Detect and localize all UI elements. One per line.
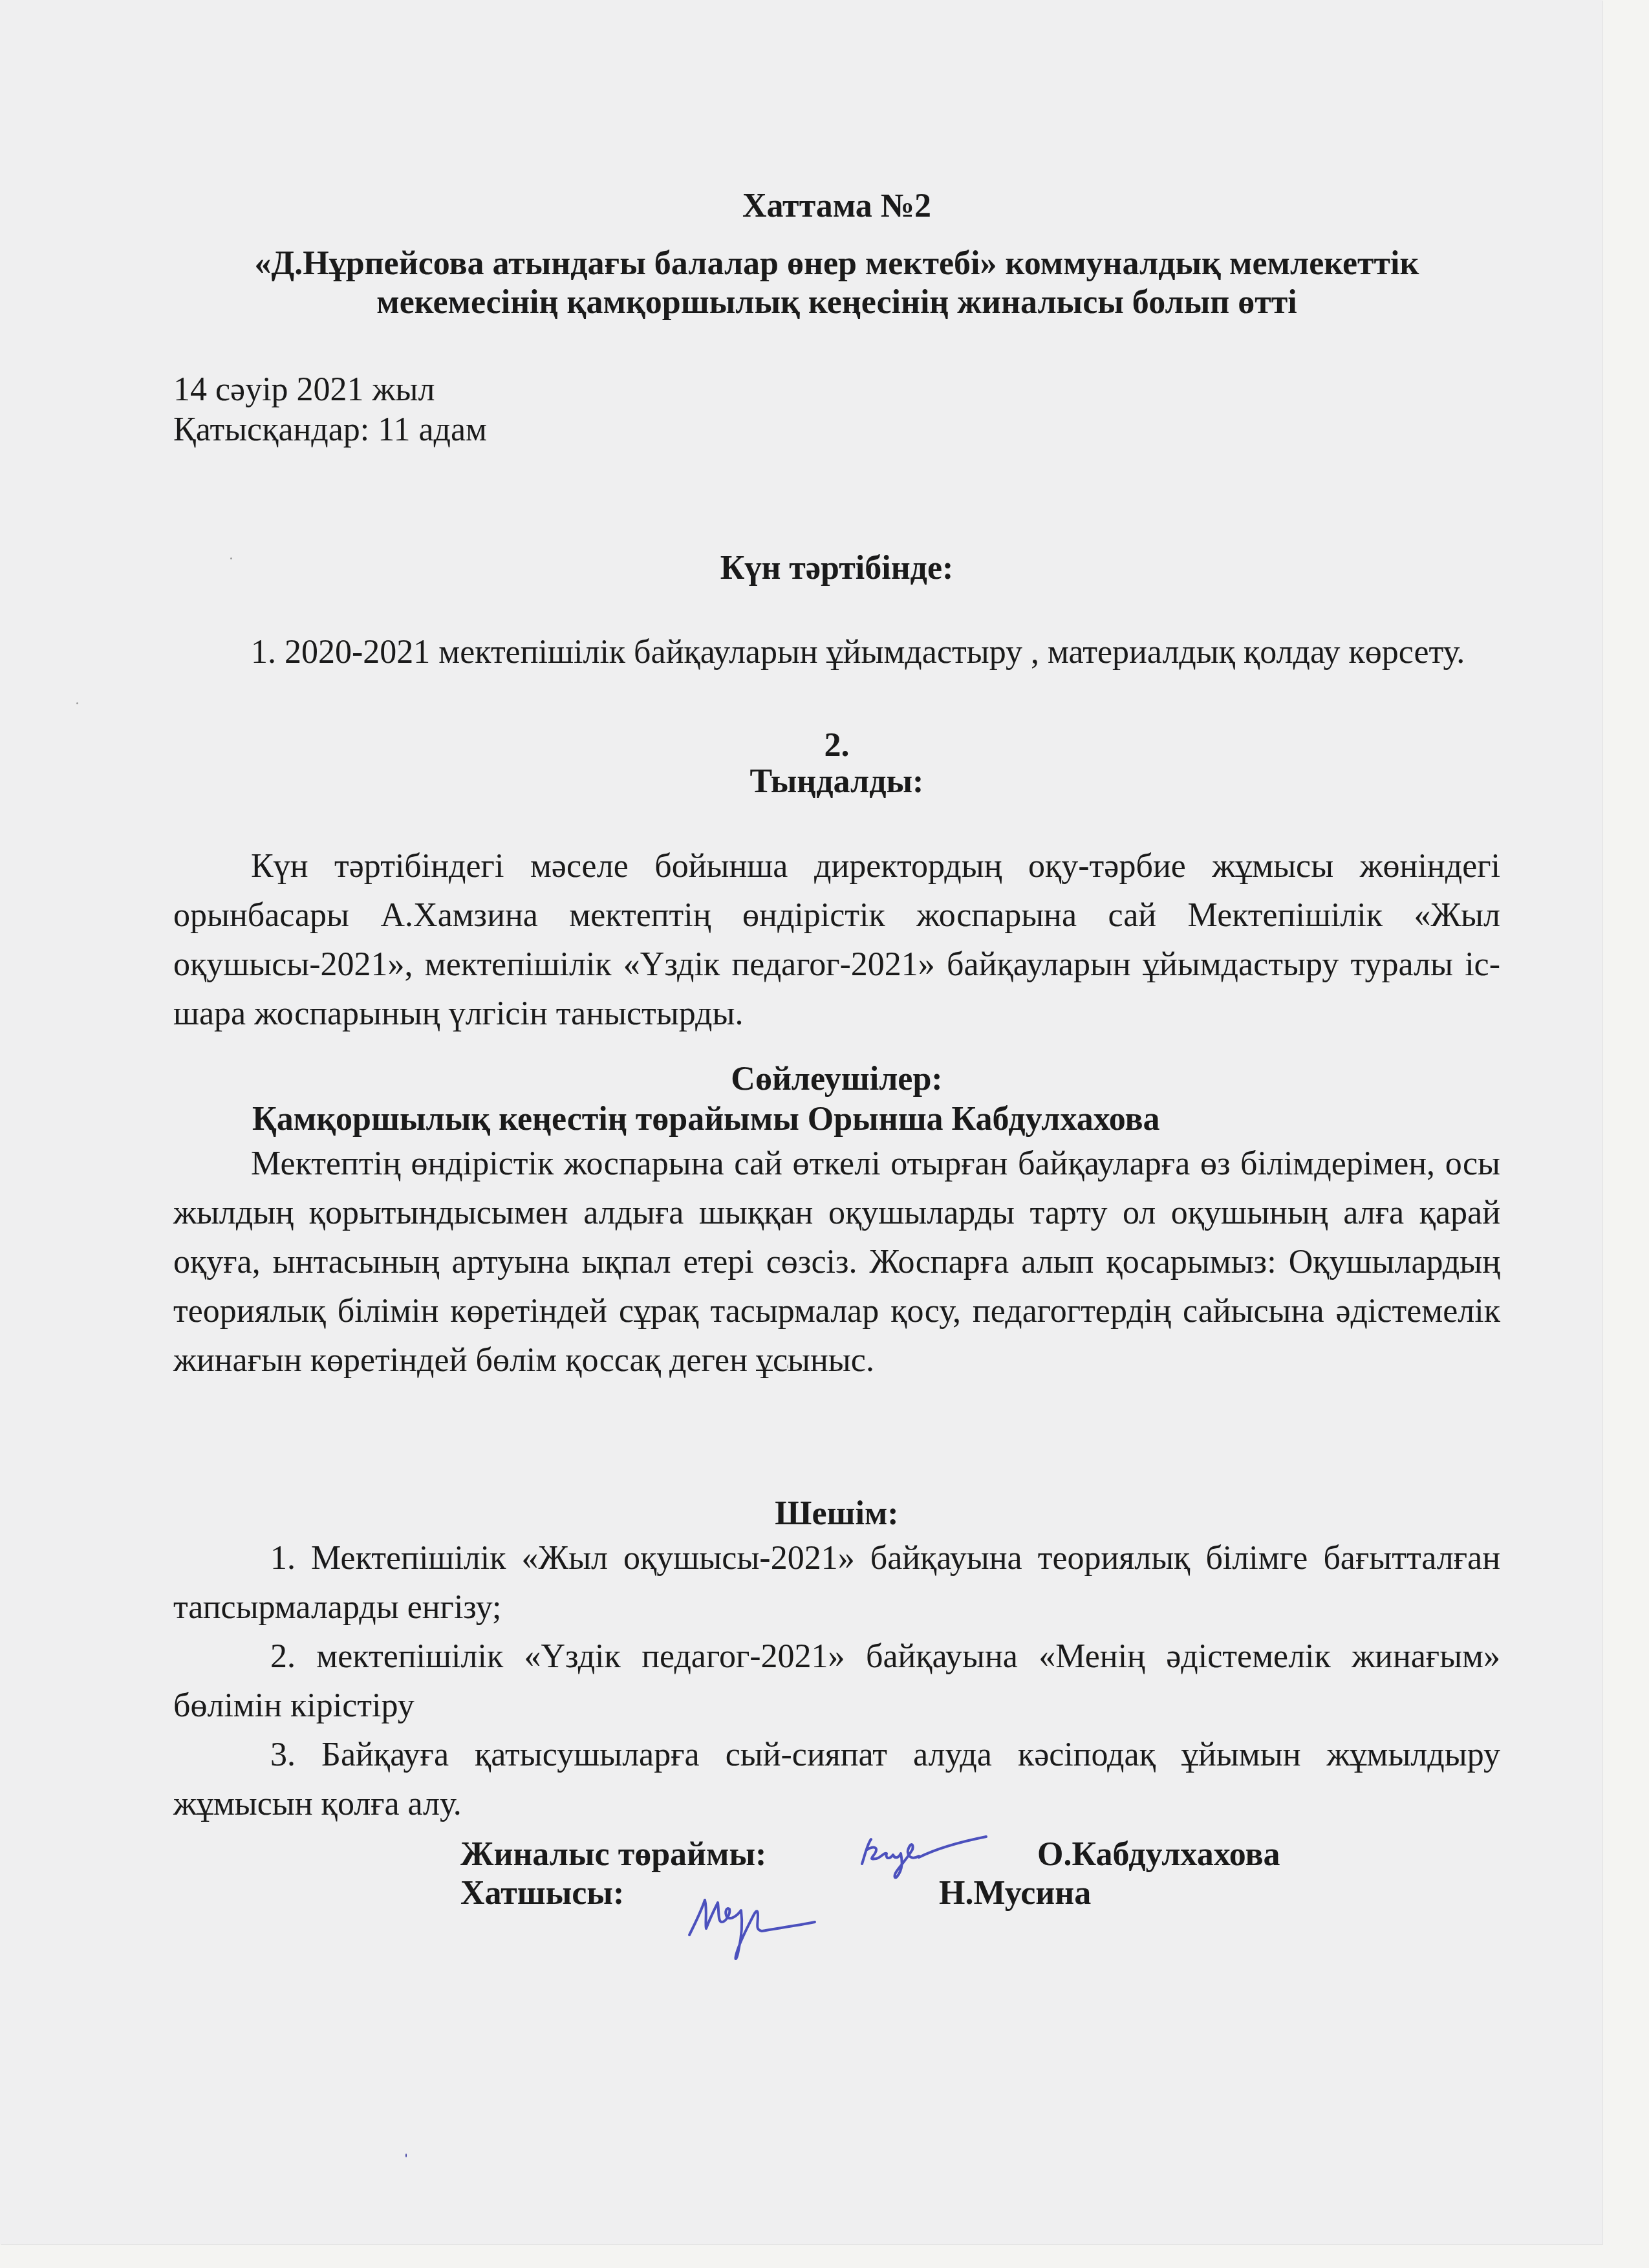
agenda-item: 2.	[173, 726, 1500, 766]
decision-item: 2. мектепішілік «Үздік педагог-2021» бай…	[173, 1632, 1500, 1731]
subtitle-line-1: «Д.Нұрпейсова атындағы балалар өнер мект…	[173, 244, 1500, 283]
scan-speck	[787, 1365, 788, 1368]
chair-role: Жиналыс төраймы:	[460, 1835, 766, 1874]
secretary-role: Хатшысы:	[460, 1874, 624, 1913]
speakers-heading: Сөйлеушілер:	[173, 1059, 1500, 1099]
speaker-name: Қамқоршылық кеңестің төрайымы Орынша Каб…	[252, 1099, 1481, 1139]
agenda-item: 1. 2020-2021 мектепішілік байқауларын ұй…	[173, 625, 1500, 680]
decision-list: 1. Мектепішілік «Жыл оқушысы-2021» байқа…	[173, 1534, 1500, 1829]
chair-name: О.Кабдулхахова	[1037, 1835, 1280, 1874]
scanned-page: Хаттама №2 «Д.Нұрпейсова атындағы балала…	[0, 0, 1602, 2244]
heard-heading: Тыңдалды:	[173, 762, 1500, 802]
document-subtitle: «Д.Нұрпейсова атындағы балалар өнер мект…	[173, 244, 1500, 322]
scan-speck	[76, 702, 78, 704]
scan-speck	[230, 557, 232, 559]
decision-item: 3. Байқауға қатысушыларға сый-сияпат алу…	[173, 1731, 1500, 1829]
speaker-paragraph: Мектептің өндірістік жоспарына сай өткел…	[173, 1139, 1500, 1385]
document-title: Хаттама №2	[173, 186, 1500, 226]
chair-handwritten-signature-icon	[857, 1830, 999, 1882]
meeting-date: 14 сәуір 2021 жыл	[173, 370, 1500, 410]
heard-paragraph: Күн тәртібіндегі мәселе бойынша директор…	[173, 842, 1500, 1039]
participants-count: Қатысқандар: 11 адам	[173, 410, 1500, 450]
decision-item: 1. Мектепішілік «Жыл оқушысы-2021» байқа…	[173, 1534, 1500, 1632]
subtitle-line-2: мекемесінің қамқоршылық кеңесінің жиналы…	[173, 283, 1500, 322]
agenda-heading: Күн тәртібінде:	[173, 548, 1500, 589]
decision-heading: Шешім:	[173, 1494, 1500, 1534]
scan-speck	[405, 2154, 407, 2157]
secretary-handwritten-signature-icon	[685, 1888, 828, 1966]
